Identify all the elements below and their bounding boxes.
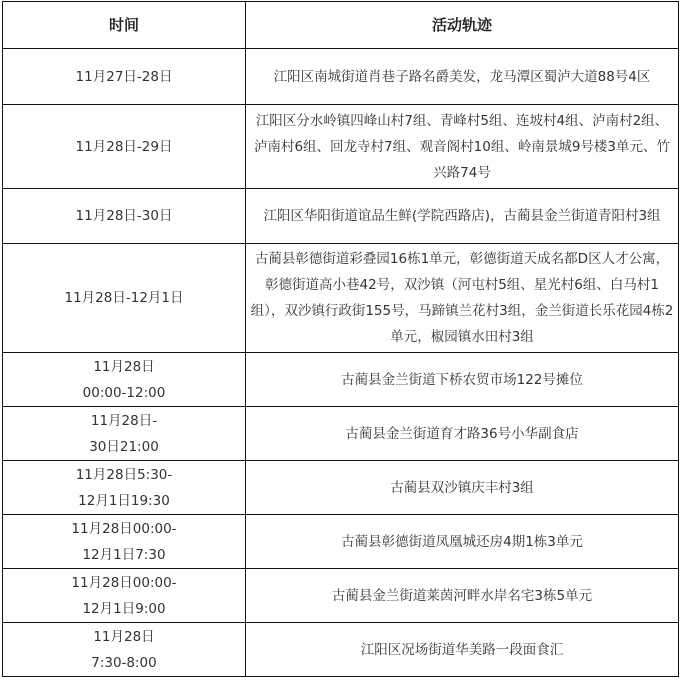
time-text: 11月27日-28日 xyxy=(9,64,239,90)
table-row: 11月28日 7:30-8:00 江阳区况场街道华美路一段面食汇 xyxy=(3,623,679,677)
time-text: 11月28日-29日 xyxy=(9,134,239,160)
time-cell: 11月28日00:00- 12月1日7:30 xyxy=(3,515,246,569)
time-text-line2: 12月1日9:00 xyxy=(9,596,239,622)
table-row: 11月28日-30日 江阳区华阳街道谊品生鲜(学院西路店)，古蔺县金兰街道青阳村… xyxy=(3,189,679,244)
time-text: 11月28日-12月1日 xyxy=(9,285,239,311)
header-time: 时间 xyxy=(3,2,246,49)
track-cell: 古蔺县彰德街道凤凰城还房4期1栋3单元 xyxy=(246,515,679,569)
activity-track-table: 时间 活动轨迹 11月27日-28日 江阳区南城街道肖巷子路名爵美发，龙马潭区蜀… xyxy=(2,1,679,677)
table-row: 11月28日- 30日21:00 古蔺县金兰街道育才路36号小华副食店 xyxy=(3,407,679,461)
track-cell: 江阳区华阳街道谊品生鲜(学院西路店)，古蔺县金兰街道青阳村3组 xyxy=(246,189,679,244)
time-text-line1: 11月28日00:00- xyxy=(9,570,239,596)
track-cell: 古蔺县金兰街道莱茵河畔水岸名宅3栋5单元 xyxy=(246,569,679,623)
time-text-line2: 7:30-8:00 xyxy=(9,650,239,676)
time-cell: 11月28日5:30- 12月1日19:30 xyxy=(3,461,246,515)
time-text-line1: 11月28日 xyxy=(9,354,239,380)
header-activity-track: 活动轨迹 xyxy=(246,2,679,49)
table-row: 11月27日-28日 江阳区南城街道肖巷子路名爵美发，龙马潭区蜀泸大道88号4区 xyxy=(3,49,679,105)
track-cell: 古蔺县金兰街道育才路36号小华副食店 xyxy=(246,407,679,461)
time-text-line1: 11月28日 xyxy=(9,624,239,650)
time-cell: 11月28日- 30日21:00 xyxy=(3,407,246,461)
time-cell: 11月27日-28日 xyxy=(3,49,246,105)
track-cell: 古蔺县双沙镇庆丰村3组 xyxy=(246,461,679,515)
time-cell: 11月28日 7:30-8:00 xyxy=(3,623,246,677)
table-row: 11月28日00:00- 12月1日9:00 古蔺县金兰街道莱茵河畔水岸名宅3栋… xyxy=(3,569,679,623)
track-cell: 古蔺县彰德街道彩叠园16栋1单元，彰德街道天成名都D区人才公寓，彰德街道高小巷4… xyxy=(246,244,679,353)
table-header-row: 时间 活动轨迹 xyxy=(3,2,679,49)
time-text-line1: 11月28日- xyxy=(9,408,239,434)
table-row: 11月28日-12月1日 古蔺县彰德街道彩叠园16栋1单元，彰德街道天成名都D区… xyxy=(3,244,679,353)
time-text-line2: 00:00-12:00 xyxy=(9,380,239,406)
time-text-line1: 11月28日5:30- xyxy=(9,462,239,488)
time-cell: 11月28日00:00- 12月1日9:00 xyxy=(3,569,246,623)
table-row: 11月28日00:00- 12月1日7:30 古蔺县彰德街道凤凰城还房4期1栋3… xyxy=(3,515,679,569)
activity-table-container: 时间 活动轨迹 11月27日-28日 江阳区南城街道肖巷子路名爵美发，龙马潭区蜀… xyxy=(2,1,678,677)
time-text-line2: 12月1日19:30 xyxy=(9,488,239,514)
table-row: 11月28日-29日 江阳区分水岭镇四峰山村7组、青峰村5组、连坡村4组、泸南村… xyxy=(3,105,679,189)
track-cell: 江阳区分水岭镇四峰山村7组、青峰村5组、连坡村4组、泸南村2组、泸南村6组、回龙… xyxy=(246,105,679,189)
table-row: 11月28日5:30- 12月1日19:30 古蔺县双沙镇庆丰村3组 xyxy=(3,461,679,515)
time-cell: 11月28日-29日 xyxy=(3,105,246,189)
track-cell: 古蔺县金兰街道下桥农贸市场122号摊位 xyxy=(246,353,679,407)
time-text: 11月28日-30日 xyxy=(9,203,239,229)
time-cell: 11月28日 00:00-12:00 xyxy=(3,353,246,407)
table-row: 11月28日 00:00-12:00 古蔺县金兰街道下桥农贸市场122号摊位 xyxy=(3,353,679,407)
time-text-line1: 11月28日00:00- xyxy=(9,516,239,542)
track-cell: 江阳区况场街道华美路一段面食汇 xyxy=(246,623,679,677)
time-text-line2: 30日21:00 xyxy=(9,434,239,460)
time-cell: 11月28日-30日 xyxy=(3,189,246,244)
time-text-line2: 12月1日7:30 xyxy=(9,542,239,568)
track-cell: 江阳区南城街道肖巷子路名爵美发，龙马潭区蜀泸大道88号4区 xyxy=(246,49,679,105)
time-cell: 11月28日-12月1日 xyxy=(3,244,246,353)
